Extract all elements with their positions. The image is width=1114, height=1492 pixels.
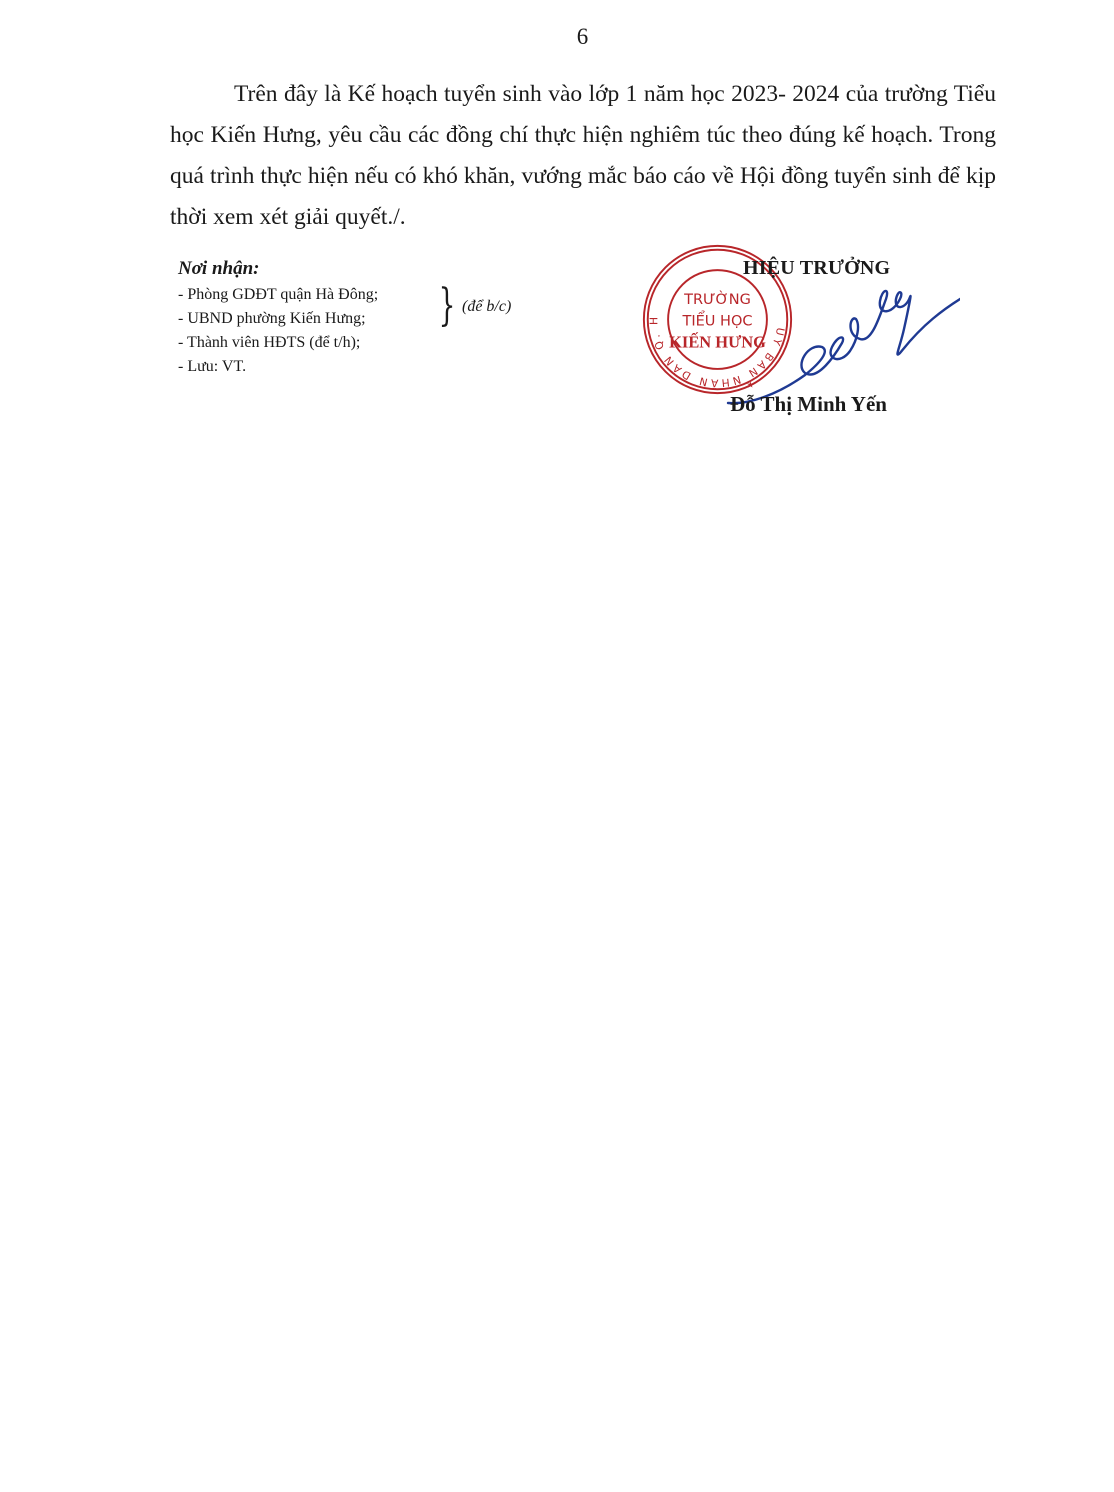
recipients-title: Nơi nhận: — [178, 258, 578, 280]
recipient-item: - Thành viên HĐTS (để t/h); — [178, 331, 578, 355]
group-note: (để b/c) — [462, 295, 511, 319]
recipient-item: - Lưu: VT. — [178, 355, 578, 379]
closing-paragraph: Trên đây là Kế hoạch tuyển sinh vào lớp … — [170, 74, 996, 238]
brace-icon: } — [439, 284, 456, 328]
reporting-group: - Phòng GDĐT quận Hà Đông; - UBND phường… — [178, 283, 578, 331]
recipient-item: - Phòng GDĐT quận Hà Đông; — [178, 283, 578, 307]
page-number: 6 — [0, 24, 1114, 50]
recipient-item: - UBND phường Kiến Hưng; — [178, 307, 578, 331]
recipients-list: - Phòng GDĐT quận Hà Đông; - UBND phường… — [178, 283, 578, 379]
signature-block: UỶ BAN NHÂN DÂN Q. HÀ ĐÔNG T.P HÀ NỘI TR… — [640, 255, 960, 435]
recipients-section: Nơi nhận: - Phòng GDĐT quận Hà Đông; - U… — [178, 258, 578, 379]
handwritten-signature-icon — [710, 255, 960, 405]
signer-name: Đỗ Thị Minh Yến — [730, 392, 887, 417]
